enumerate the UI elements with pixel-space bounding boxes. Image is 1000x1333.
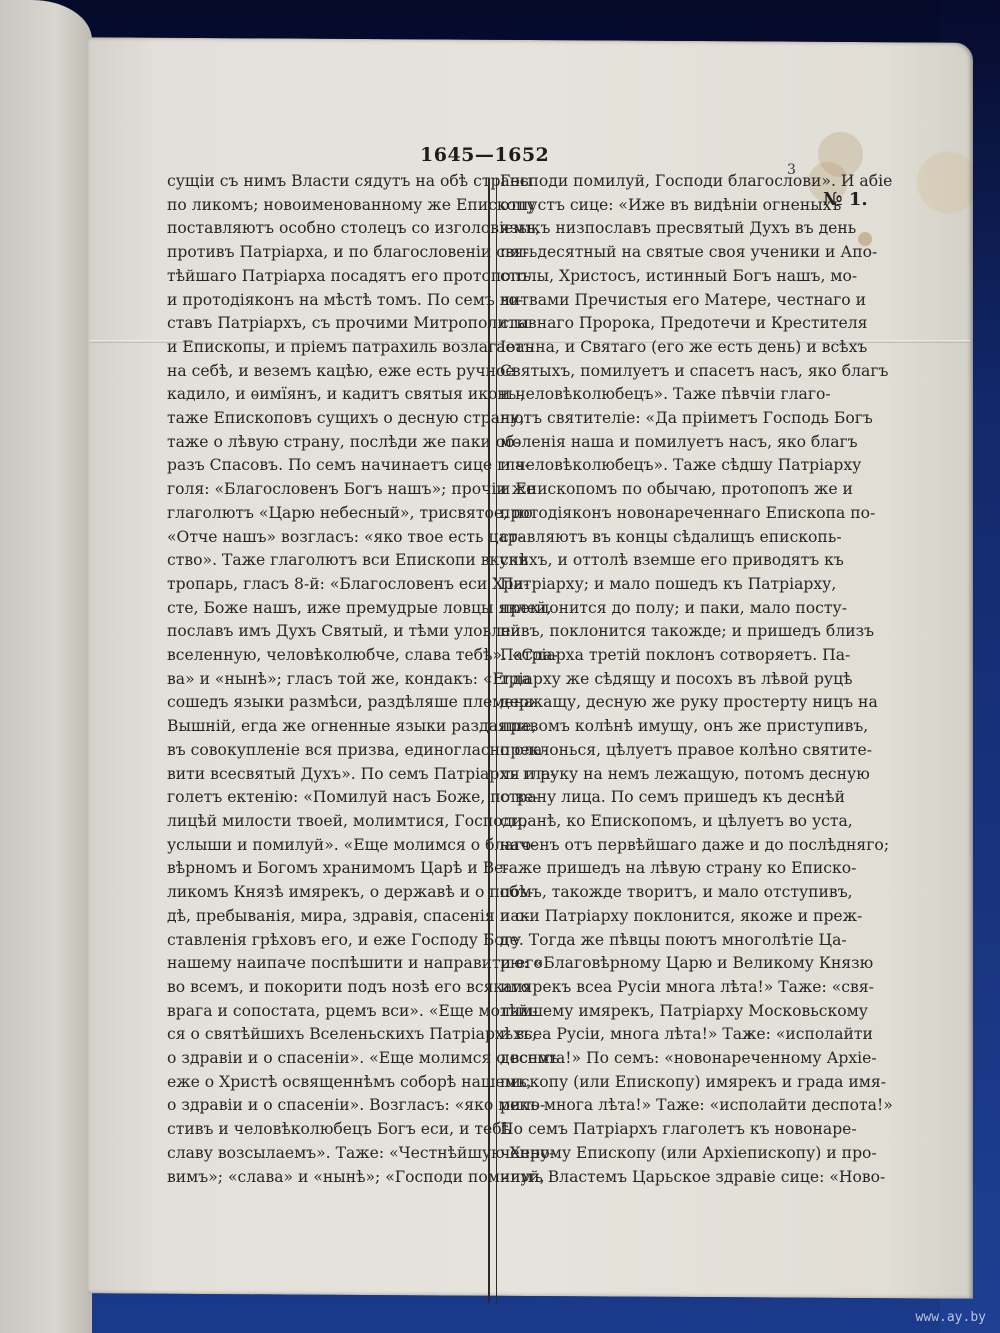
text-line: ставляютъ въ концы сѣдалищъ епископь- (500, 526, 815, 550)
text-line: деспота!» По семъ: «новонареченному Архі… (500, 1047, 815, 1071)
text-line: пославъ имъ Духъ Святый, и тѣми уловлей (167, 620, 485, 644)
text-line: преклонится до полу; и паки, мало посту- (500, 597, 815, 621)
text-line: сошедъ языки размѣси, раздѣляше племена (167, 691, 485, 715)
text-line: вселенную, человѣколюбче, слава тебѣ». «… (167, 644, 485, 668)
text-line: странѣ, ко Епископомъ, и цѣлуетъ во уста… (500, 810, 815, 834)
text-line: на себѣ, и веземъ кацѣю, еже есть ручное (167, 360, 485, 384)
text-line: сущіи съ нимъ Власти сядутъ на обѣ стран… (167, 170, 485, 194)
text-line: Іоанна, и Святаго (его же есть день) и в… (500, 336, 815, 360)
text-line: помъ, такожде творитъ, и мало отступивъ, (500, 881, 815, 905)
text-line: тѣйшему имярекъ, Патріарху Московьскому (500, 1000, 815, 1024)
text-line: врага и сопостата, рцемъ вси». «Еще моли… (167, 1000, 485, 1024)
text-line: вѣрномъ и Богомъ хранимомъ Царѣ и Ве- (167, 857, 485, 881)
text-line: Господи помилуй, Господи благослови». И … (500, 170, 815, 194)
text-line: По семъ Патріархъ глаголетъ къ новонаре- (500, 1118, 815, 1142)
text-line: пивъ, поклонится такожде; и пришедъ близ… (500, 620, 815, 644)
text-line: наченъ отъ первѣйшаго даже и до послѣдня… (500, 834, 815, 858)
text-line: тѣйшаго Патріарха посадятъ его протопопъ (167, 265, 485, 289)
text-line: славнаго Пророка, Предотечи и Крестителя (500, 312, 815, 336)
text-line: и человѣколюбецъ». Таже сѣдшу Патріарху (500, 454, 815, 478)
text-line: по ликомъ; новоименованному же Епископу (167, 194, 485, 218)
text-line: и человѣколюбецъ». Таже пѣвчіи глаго- (500, 383, 815, 407)
text-line: о здравіи и о спасеніи». Возгласъ: «яко … (167, 1094, 485, 1118)
text-line: стивъ и человѣколюбецъ Богъ еси, и тебѣ (167, 1118, 485, 1142)
text-line: глаголютъ «Царю небесный», трисвятое, по (167, 502, 485, 526)
text-line: скихъ, и оттолѣ вземше его приводятъ къ (500, 549, 815, 573)
text-line: и Епископомъ по обычаю, протопопъ же и (500, 478, 815, 502)
text-line: паки Патріарху поклонится, якоже и преж- (500, 905, 815, 929)
right-text-column: Господи помилуй, Господи благослови». И … (500, 170, 815, 1189)
text-line: и Епископы, и пріемъ патрахиль возлагает… (167, 336, 485, 360)
text-line: услыши и помилуй». «Еще молимся о благо- (167, 834, 485, 858)
text-line: лицѣй милости твоей, молимтися, Господи, (167, 810, 485, 834)
text-line: ся о святѣйшихъ Вселеньскихъ Патріархѣхъ… (167, 1023, 485, 1047)
text-line: славу возсылаемъ». Таже: «Честнѣйшую Хеp… (167, 1142, 485, 1166)
text-line: столы, Христосъ, истинный Богъ нашъ, мо- (500, 265, 815, 289)
text-line: вимъ»; «слава» и «нынѣ»; «Господи помилу… (167, 1166, 485, 1190)
text-line: рекъ многа лѣта!» Таже: «исполайти деспо… (500, 1094, 815, 1118)
text-line: литвами Пречистыя его Матере, честнаго и (500, 289, 815, 313)
text-line: голя: «Благословенъ Богъ нашъ»; прочіи ж… (167, 478, 485, 502)
text-line: нашему наипаче поспѣшити и направити его (167, 952, 485, 976)
text-line: ченному Епископу (или Архіепископу) и пр… (500, 1142, 815, 1166)
text-line: тропарь, гласъ 8-й: «Благословенъ еси Хр… (167, 573, 485, 597)
text-line: дѣ, пребыванія, мира, здравія, спасенія … (167, 905, 485, 929)
text-line: де. Тогда же пѣвцы поютъ многолѣтіе Ца- (500, 929, 815, 953)
text-line: пископу (или Епископу) имярекъ и града и… (500, 1071, 815, 1095)
text-line: ликомъ Князѣ имярекъ, о державѣ и о побѣ… (167, 881, 485, 905)
text-line: ство». Таже глаголютъ вси Епископи вкупѣ (167, 549, 485, 573)
signature-mark: * (745, 1030, 752, 1046)
text-line: разъ Спасовъ. По семъ начинаетъ сице гла… (167, 454, 485, 478)
text-line: голетъ ектенію: «Помилуй насъ Боже, по в… (167, 786, 485, 810)
text-line: поставляютъ особно столецъ со изголовіем… (167, 217, 485, 241)
text-line: противъ Патріарха, и по благословеніи св… (167, 241, 485, 265)
text-line: ля и руку на немъ лежащую, потомъ десную (500, 763, 815, 787)
text-line: ва» и «нынѣ»; гласъ той же, кондакъ: «Ег… (167, 668, 485, 692)
text-line: таже Епископовъ сущихъ о десную страну, (167, 407, 485, 431)
watermark: www.ay.by (916, 1310, 986, 1325)
text-line: Патріарха третій поклонъ сотворяетъ. Па- (500, 644, 815, 668)
text-line: кадило, и ѳимїянъ, и кадитъ святыя иконы… (167, 383, 485, 407)
text-line: и всеа Русіи, многа лѣта!» Таже: «испола… (500, 1023, 815, 1047)
text-line: протодіяконъ новонареченнаго Епископа по… (500, 502, 815, 526)
text-line: тріарху же сѣдящу и посохъ въ лѣвой руцѣ (500, 668, 815, 692)
text-line: языкъ низпославъ пресвятый Духъ въ день (500, 217, 815, 241)
column-divider-double-rule (488, 178, 497, 1303)
text-line: ставъ Патріархъ, съ прочими Митрополиты (167, 312, 485, 336)
text-line: лютъ святителіе: «Да пріиметъ Господь Бо… (500, 407, 815, 431)
text-line: моленія наша и помилуетъ насъ, яко благъ (500, 431, 815, 455)
text-line: таже пришедъ на лѣвую страну ко Еписко- (500, 857, 815, 881)
text-line: Патріарху; и мало пошедъ къ Патріарху, (500, 573, 815, 597)
previous-page-edge (0, 0, 92, 1333)
text-line: пятьдесятный на святые своя ученики и Ап… (500, 241, 815, 265)
text-line: Святыхъ, помилуетъ и спасетъ насъ, яко б… (500, 360, 815, 384)
text-line: таже о лѣвую страну, послѣди же паки об- (167, 431, 485, 455)
text-line: и протодіяконъ на мѣстѣ томъ. По семъ во… (167, 289, 485, 313)
running-header-years: 1645—1652 (420, 144, 549, 166)
text-line: имярекъ всеа Русіи многа лѣта!» Таже: «с… (500, 976, 815, 1000)
text-line: страну лица. По семъ пришедъ къ деснѣй (500, 786, 815, 810)
text-line: преклонься, цѣлуетъ правое колѣно святит… (500, 739, 815, 763)
text-line: держащу, десную же руку простерту ницъ н… (500, 691, 815, 715)
text-line: отпустъ сице: «Иже въ видѣніи огненыхъ (500, 194, 815, 218)
text-line: чимъ Властемъ Царьское здравіе сице: «Но… (500, 1166, 815, 1190)
text-line: вити всесвятый Духъ». По семъ Патріархъ … (167, 763, 485, 787)
left-text-column: сущіи съ нимъ Власти сядутъ на обѣ стран… (167, 170, 485, 1189)
text-line: во всемъ, и покорити подъ нозѣ его всяка… (167, 976, 485, 1000)
text-line: о здравіи и о спасеніи». «Еще молимся о … (167, 1047, 485, 1071)
text-line: «Отче нашъ» возгласъ: «яко твое есть цар… (167, 526, 485, 550)
text-line: рю: «Благовѣрному Царю и Великому Князю (500, 952, 815, 976)
text-line: сте, Боже нашъ, иже премудрые ловцы явле… (167, 597, 485, 621)
text-line: еже о Христѣ освященнѣмъ соборѣ нашемъ, (167, 1071, 485, 1095)
text-line: правомъ колѣнѣ имущу, онъ же приступивъ, (500, 715, 815, 739)
text-line: ставленія грѣховъ его, и еже Господу Бог… (167, 929, 485, 953)
text-line: Вышній, егда же огненные языки раздаяше, (167, 715, 485, 739)
text-line: въ совокупленіе вся призва, единогласно … (167, 739, 485, 763)
